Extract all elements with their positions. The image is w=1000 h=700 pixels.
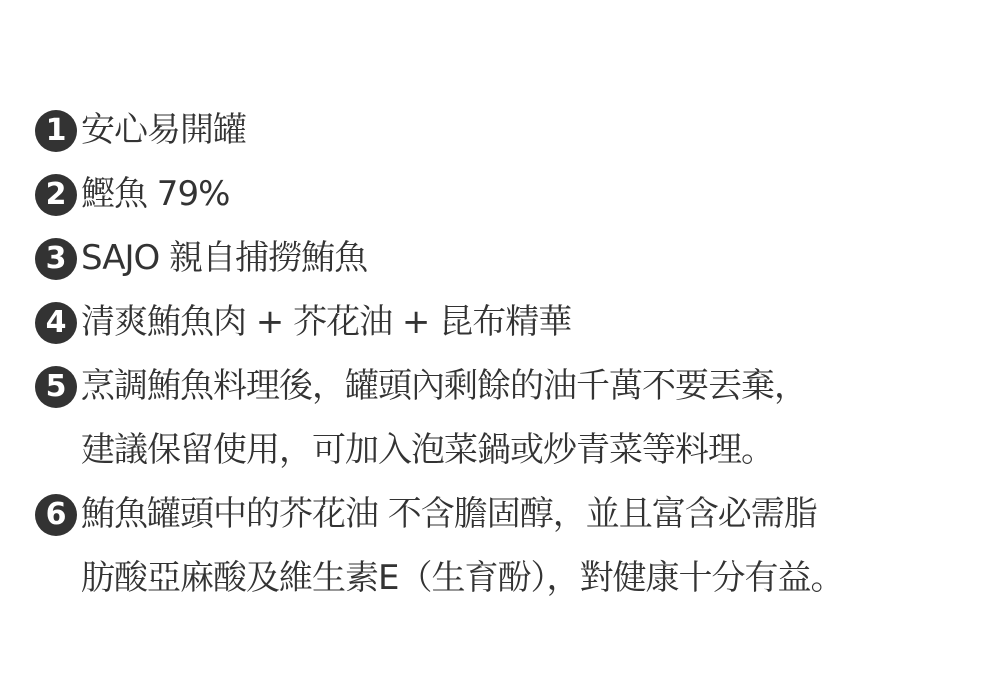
list-item-6: 6 鮪魚罐頭中的芥花油 不含膽固醇，並且富含必需脂 肪酸亞麻酸及維生素E（生育酚… [35, 482, 985, 610]
number-badge-3-icon: 3 [35, 238, 77, 280]
number-badge-2-icon: 2 [35, 174, 77, 216]
list-item-4: 4 清爽鮪魚肉 + 芥花油 + 昆布精華 [35, 290, 985, 354]
list-item-3: 3 SAJO 親自捕撈鮪魚 [35, 226, 985, 290]
item-text: 鰹魚 79% [81, 162, 985, 226]
number-badge-6-icon: 6 [35, 494, 77, 536]
item-text: 安心易開罐 [81, 98, 985, 162]
list-item-1: 1 安心易開罐 [35, 98, 985, 162]
item-text-line-1: 烹調鮪魚料理後，罐頭內剩餘的油千萬不要丟棄， [81, 354, 985, 418]
list-item-5: 5 烹調鮪魚料理後，罐頭內剩餘的油千萬不要丟棄， 建議保留使用，可加入泡菜鍋或炒… [35, 354, 985, 482]
feature-list: 1 安心易開罐 2 鰹魚 79% 3 SAJO 親自捕撈鮪魚 4 清爽鮪魚肉 +… [35, 98, 985, 610]
item-text-line-1: 鮪魚罐頭中的芥花油 不含膽固醇，並且富含必需脂 [81, 482, 985, 546]
number-badge-1-icon: 1 [35, 110, 77, 152]
list-item-2: 2 鰹魚 79% [35, 162, 985, 226]
item-text-line-2: 建議保留使用，可加入泡菜鍋或炒青菜等料理。 [81, 418, 985, 482]
number-badge-5-icon: 5 [35, 366, 77, 408]
number-badge-4-icon: 4 [35, 302, 77, 344]
item-text: 清爽鮪魚肉 + 芥花油 + 昆布精華 [81, 290, 985, 354]
item-text: SAJO 親自捕撈鮪魚 [81, 226, 985, 290]
item-text-line-2: 肪酸亞麻酸及維生素E（生育酚），對健康十分有益。 [81, 546, 985, 610]
